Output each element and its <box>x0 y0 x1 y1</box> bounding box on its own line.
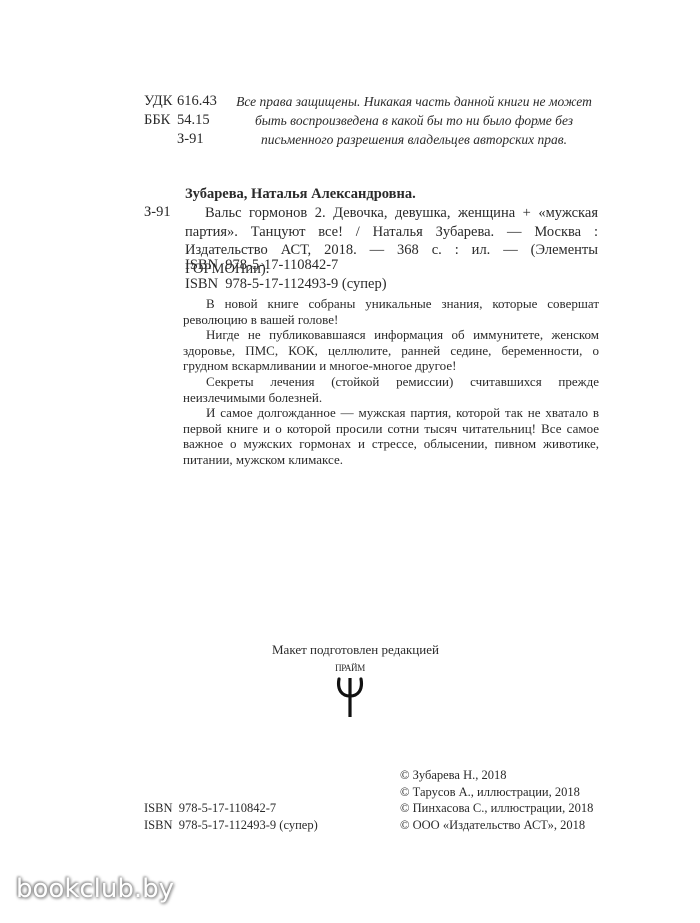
author-name: Зубарева, Наталья Александровна. <box>185 186 416 203</box>
udk-row: УДК 616.43 <box>144 92 217 111</box>
copyright-line: © Зубарева Н., 2018 <box>400 767 593 784</box>
copyright-line: © Пинхасова С., иллюстрации, 2018 <box>400 800 593 817</box>
isbn-list-top: ISBN 978-5-17-110842-7 ISBN 978-5-17-112… <box>185 256 387 294</box>
isbn-list-bottom: ISBN 978-5-17-110842-7 ISBN 978-5-17-112… <box>144 800 318 834</box>
author-mark-value: З-91 <box>177 130 204 149</box>
isbn-line: ISBN 978-5-17-110842-7 <box>185 256 387 275</box>
copyright-list: © Зубарева Н., 2018 © Тарусов А., иллюст… <box>400 767 593 833</box>
annotation-paragraph: Нигде не публиковавшаяся информация об и… <box>183 327 599 374</box>
bbk-value: 54.15 <box>177 111 210 130</box>
rights-notice: Все права защищены. Никакая часть данной… <box>228 92 600 149</box>
watermark: bookclub.by <box>16 874 174 904</box>
psi-trident-icon <box>336 676 364 718</box>
isbn-line: ISBN 978-5-17-110842-7 <box>144 800 318 817</box>
isbn-line: ISBN 978-5-17-112493-9 (супер) <box>185 275 387 294</box>
annotation-paragraph: В новой книге собраны уникальные знания,… <box>183 296 599 327</box>
author-mark-row: З-91 <box>144 130 217 149</box>
udk-label: УДК <box>144 92 177 111</box>
isbn-line: ISBN 978-5-17-112493-9 (супер) <box>144 817 318 834</box>
author-mark-label <box>144 130 177 149</box>
annotation-paragraph: И самое долгожданное — мужская партия, к… <box>183 405 599 467</box>
bbk-label: ББК <box>144 111 177 130</box>
copyright-line: © ООО «Издательство АСТ», 2018 <box>400 817 593 834</box>
annotation: В новой книге собраны уникальные знания,… <box>183 296 599 468</box>
imprint-text: Макет подготовлен редакцией <box>272 642 439 658</box>
udk-value: 616.43 <box>177 92 217 111</box>
author-mark-code: З-91 <box>144 204 171 221</box>
classification-block: УДК 616.43 ББК 54.15 З-91 <box>144 92 217 149</box>
copyright-line: © Тарусов А., иллюстрации, 2018 <box>400 784 593 801</box>
logo-text: ПРАЙМ <box>330 663 370 673</box>
annotation-paragraph: Секреты лечения (стойкой ремиссии) счита… <box>183 374 599 405</box>
bbk-row: ББК 54.15 <box>144 111 217 130</box>
publisher-logo: ПРАЙМ <box>330 663 370 718</box>
